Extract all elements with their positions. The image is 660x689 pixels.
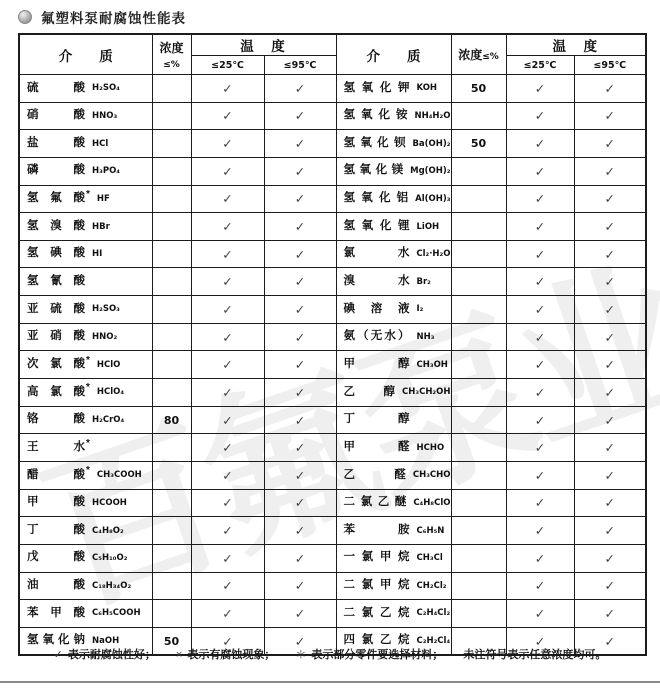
footnote-item: 未注符号表示任意浓度均可。 (463, 646, 606, 662)
bullet-icon (18, 10, 32, 24)
medium-name: 氢氧化铝 (344, 193, 409, 205)
medium-name: 二氯甲烷 (344, 580, 410, 592)
medium-name: 戊酸 (27, 552, 85, 564)
check-cell: ✓ (191, 102, 264, 130)
medium-cell: 氢氰酸 (19, 268, 152, 296)
concentration-cell (451, 406, 506, 434)
check-cell: ✓ (574, 323, 646, 351)
medium-name: 硝酸 (27, 110, 85, 122)
check-cell: ✓ (574, 572, 646, 600)
concentration-cell (451, 102, 506, 130)
check-cell: ✓ (506, 517, 574, 545)
chemical-formula: KOH (417, 83, 438, 93)
concentration-cell (451, 461, 506, 489)
chemical-formula: CH₂Cl₂ (417, 581, 447, 591)
check-cell: ✓ (506, 240, 574, 268)
chemical-formula: Al(OH)₃ (415, 194, 450, 204)
concentration-cell (451, 379, 506, 407)
star-mark: * (86, 356, 90, 366)
check-cell: ✓ (506, 434, 574, 462)
medium-wrap: 氨（无水）NH₃ (337, 331, 451, 343)
check-cell: ✓ (574, 517, 646, 545)
medium-cell: 碘溶液I₂ (336, 296, 451, 324)
chemical-formula: NH₃ (417, 332, 435, 342)
check-cell: ✓ (574, 185, 646, 213)
check-cell: ✓ (191, 600, 264, 628)
check-cell: ✓ (574, 351, 646, 379)
medium-cell: 氢氟酸*HF (19, 185, 152, 213)
concentration-cell (451, 213, 506, 241)
medium-name: 二氯乙烷 (344, 608, 410, 620)
check-cell: ✓ (506, 157, 574, 185)
check-cell: ✓ (506, 572, 574, 600)
medium-name: 乙醇 (344, 387, 396, 399)
table-row: 苯甲酸C₆H₅COOH✓✓二氯乙烷C₂H₄Cl₂✓✓ (19, 600, 646, 628)
chemical-formula: H₃PO₄ (92, 166, 120, 176)
medium-cell: 苯胺C₆H₅N (336, 517, 451, 545)
bottom-rule (0, 681, 660, 683)
medium-cell: 氢溴酸HBr (19, 213, 152, 241)
medium-wrap: 王水* (20, 442, 152, 454)
medium-cell: 氨（无水）NH₃ (336, 323, 451, 351)
chemical-formula: C₅H₁₀O₂ (92, 553, 127, 563)
medium-wrap: 氢氧化钾KOH (337, 83, 451, 95)
chemical-formula: Cl₂·H₂O (416, 249, 450, 259)
check-cell: ✓ (264, 185, 336, 213)
star-mark: * (86, 383, 90, 393)
medium-cell: 盐酸HCl (19, 130, 152, 158)
corrosion-table: 介 质 浓度≤% 温 度 介 质 浓度≤% 温 度 ≤25℃ ≤95℃ ≤25℃… (18, 33, 647, 656)
medium-cell: 次氯酸*HClO (19, 351, 152, 379)
check-cell: ✓ (191, 323, 264, 351)
medium-name: 氢氰酸 (27, 276, 85, 288)
check-cell: ✓ (191, 213, 264, 241)
table-row: 甲酸HCOOH✓✓二氯乙醚C₄H₈ClO✓✓ (19, 489, 646, 517)
medium-name: 次氯酸 (27, 359, 85, 371)
chemical-formula: HBr (92, 222, 110, 232)
medium-wrap: 氢氧化铵NH₄H₂O (337, 110, 451, 122)
medium-cell: 甲酸HCOOH (19, 489, 152, 517)
header-temp-95-right: ≤95℃ (574, 56, 646, 75)
check-cell: ✓ (506, 489, 574, 517)
footnote-item: ✓表示耐腐蚀性好； (54, 646, 156, 662)
check-cell: ✓ (191, 489, 264, 517)
concentration-cell (451, 351, 506, 379)
medium-name: 王水 (27, 442, 85, 454)
medium-cell: 磷酸H₃PO₄ (19, 157, 152, 185)
medium-name: 磷酸 (27, 165, 85, 177)
check-cell: ✓ (574, 75, 646, 103)
medium-cell: 氢氧化钾KOH (336, 75, 451, 103)
check-cell: ✓ (574, 157, 646, 185)
check-cell: ✓ (191, 544, 264, 572)
check-cell: ✓ (264, 157, 336, 185)
footnote-text: 表示耐腐蚀性好； (68, 649, 156, 661)
medium-cell: 溴水Br₂ (336, 268, 451, 296)
medium-cell: 甲醛HCHO (336, 434, 451, 462)
check-cell: ✓ (191, 240, 264, 268)
concentration-cell (152, 102, 191, 130)
check-cell: ✓ (506, 75, 574, 103)
medium-wrap: 硫酸H₂SO₄ (20, 83, 152, 95)
check-cell: ✓ (264, 572, 336, 600)
chemical-formula: HClO₄ (97, 387, 124, 397)
concentration-cell (451, 185, 506, 213)
medium-cell: 甲醇CH₃OH (336, 351, 451, 379)
medium-cell: 丁醇 (336, 406, 451, 434)
medium-name: 亚硝酸 (27, 331, 85, 343)
table-row: 次氯酸*HClO✓✓甲醇CH₃OH✓✓ (19, 351, 646, 379)
chemical-formula: Ba(OH)₂ (412, 139, 450, 149)
check-cell: ✓ (506, 296, 574, 324)
header-concentration-left: 浓度≤% (152, 34, 191, 75)
check-cell: ✓ (191, 268, 264, 296)
medium-wrap: 丁酸C₄H₈O₂ (20, 525, 152, 537)
chemical-formula: HCl (92, 139, 108, 149)
concentration-cell (152, 517, 191, 545)
table-row: 氢溴酸HBr✓✓氢氧化锂LiOH✓✓ (19, 213, 646, 241)
check-cell: ✓ (574, 434, 646, 462)
concentration-cell (152, 268, 191, 296)
check-cell: ✓ (264, 323, 336, 351)
page-title: 氟塑料泵耐腐蚀性能表 (41, 7, 186, 27)
concentration-cell (152, 240, 191, 268)
title-row: 氟塑料泵耐腐蚀性能表 (18, 7, 186, 27)
check-cell: ✓ (191, 351, 264, 379)
medium-name: 氢氧化镁 (344, 165, 404, 177)
chemical-formula: Br₂ (417, 277, 431, 287)
table-row: 戊酸C₅H₁₀O₂✓✓一氯甲烷CH₃Cl✓✓ (19, 544, 646, 572)
medium-name: 丁酸 (27, 525, 85, 537)
check-cell: ✓ (264, 600, 336, 628)
medium-name: 丁醇 (344, 414, 410, 426)
check-cell: ✓ (264, 461, 336, 489)
medium-name: 溴水 (344, 276, 410, 288)
concentration-cell (152, 379, 191, 407)
medium-wrap: 铬酸H₂CrO₄ (20, 414, 152, 426)
chemical-formula: NaOH (92, 636, 119, 646)
concentration-unit: ≤% (163, 60, 180, 70)
check-cell: ✓ (506, 351, 574, 379)
header-concentration-right: 浓度≤% (451, 34, 506, 75)
check-cell: ✓ (506, 323, 574, 351)
medium-cell: 二氯乙醚C₄H₈ClO (336, 489, 451, 517)
chemical-formula: NH₄H₂O (414, 111, 450, 121)
medium-name: 甲醇 (344, 359, 410, 371)
concentration-unit: ≤% (482, 52, 499, 62)
check-cell: ✓ (574, 379, 646, 407)
chemical-formula: H₂SO₃ (92, 304, 120, 314)
check-cell: ✓ (191, 379, 264, 407)
medium-wrap: 苯甲酸C₆H₅COOH (20, 608, 152, 620)
medium-wrap: 甲醇CH₃OH (337, 359, 451, 371)
document-page: 百氟泵业 氟塑料泵耐腐蚀性能表 介 质 浓度≤% 温 度 介 质 浓度≤% 温 … (0, 0, 660, 689)
medium-wrap: 二氯甲烷CH₂Cl₂ (337, 580, 451, 592)
check-cell: ✓ (574, 600, 646, 628)
medium-wrap: 二氯乙醚C₄H₈ClO (337, 497, 451, 509)
medium-wrap: 氢氧化钡Ba(OH)₂ (337, 138, 451, 150)
medium-name: 氢氧化铵 (344, 110, 408, 122)
chemical-formula: H₂CrO₄ (92, 415, 124, 425)
medium-name: 盐酸 (27, 138, 85, 150)
check-cell: ✓ (506, 544, 574, 572)
check-cell: ✓ (264, 351, 336, 379)
medium-cell: 铬酸H₂CrO₄ (19, 406, 152, 434)
medium-name: 氢氧化钾 (344, 83, 410, 95)
medium-cell: 亚硝酸HNO₂ (19, 323, 152, 351)
concentration-cell (152, 75, 191, 103)
header-temperature-left: 温 度 (191, 34, 336, 56)
table-header: 介 质 浓度≤% 温 度 介 质 浓度≤% 温 度 ≤25℃ ≤95℃ ≤25℃… (19, 34, 646, 75)
check-cell: ✓ (506, 379, 574, 407)
chemical-formula: Mg(OH)₂ (410, 166, 450, 176)
header-temp-95-left: ≤95℃ (264, 56, 336, 75)
check-cell: ✓ (191, 517, 264, 545)
medium-wrap: 醋酸*CH₃COOH (20, 470, 152, 482)
medium-wrap: 丁醇 (337, 414, 451, 426)
concentration-cell (451, 600, 506, 628)
table-row: 磷酸H₃PO₄✓✓氢氧化镁Mg(OH)₂✓✓ (19, 157, 646, 185)
header-temp-25-left: ≤25℃ (191, 56, 264, 75)
star-mark: * (86, 439, 90, 449)
medium-name: 油酸 (27, 580, 85, 592)
check-cell: ✓ (574, 296, 646, 324)
concentration-cell (451, 240, 506, 268)
concentration-cell (451, 323, 506, 351)
check-cell: ✓ (574, 461, 646, 489)
concentration-cell (451, 544, 506, 572)
check-cell: ✓ (191, 130, 264, 158)
medium-name: 氢氟酸 (27, 193, 85, 205)
medium-name: 乙醛 (344, 470, 406, 482)
medium-name: 甲醛 (344, 442, 410, 454)
check-cell: ✓ (506, 461, 574, 489)
table-row: 亚硫酸H₂SO₃✓✓碘溶液I₂✓✓ (19, 296, 646, 324)
check-cell: ✓ (191, 434, 264, 462)
check-cell: ✓ (264, 130, 336, 158)
check-cell: ✓ (191, 185, 264, 213)
header-medium-left: 介 质 (19, 34, 152, 75)
footnote-text: 未注符号表示任意浓度均可。 (463, 649, 606, 661)
check-cell: ✓ (574, 240, 646, 268)
check-cell: ✓ (264, 544, 336, 572)
medium-wrap: 次氯酸*HClO (20, 359, 152, 371)
medium-name: 苯胺 (344, 525, 410, 537)
concentration-cell (152, 351, 191, 379)
medium-name: 硫酸 (27, 83, 85, 95)
header-temp-25-right: ≤25℃ (506, 56, 574, 75)
table-row: 氢氰酸✓✓溴水Br₂✓✓ (19, 268, 646, 296)
medium-name: 碘溶液 (344, 304, 410, 316)
medium-wrap: 高氯酸*HClO₄ (20, 387, 152, 399)
medium-wrap: 乙醇CH₃CH₂OH (337, 387, 451, 399)
medium-wrap: 二氯乙烷C₂H₄Cl₂ (337, 608, 451, 620)
check-cell: ✓ (506, 600, 574, 628)
medium-wrap: 亚硫酸H₂SO₃ (20, 304, 152, 316)
medium-name: 一氯甲烷 (344, 552, 410, 564)
concentration-cell (152, 213, 191, 241)
concentration-cell: 80 (152, 406, 191, 434)
chemical-formula: C₂H₄Cl₂ (417, 608, 451, 618)
table-row: 硝酸HNO₃✓✓氢氧化铵NH₄H₂O✓✓ (19, 102, 646, 130)
concentration-cell (152, 600, 191, 628)
medium-name: 铬酸 (27, 414, 85, 426)
footnote-symbol: ＊ (295, 649, 306, 661)
concentration-cell (152, 185, 191, 213)
medium-name: 高氯酸 (27, 387, 85, 399)
concentration-cell (152, 296, 191, 324)
medium-name: 亚硫酸 (27, 304, 85, 316)
medium-wrap: 氢氰酸 (20, 276, 152, 288)
medium-wrap: 氢氧化锂LiOH (337, 221, 451, 233)
chemical-formula: I₂ (417, 304, 424, 314)
chemical-formula: CH₃CHO (413, 470, 451, 480)
medium-cell: 氢氧化铵NH₄H₂O (336, 102, 451, 130)
concentration-cell (152, 434, 191, 462)
chemical-formula: HNO₂ (92, 332, 117, 342)
medium-wrap: 氢碘酸HI (20, 248, 152, 260)
medium-name: 氢碘酸 (27, 248, 85, 260)
check-cell: ✓ (574, 213, 646, 241)
concentration-cell (152, 157, 191, 185)
medium-wrap: 盐酸HCl (20, 138, 152, 150)
concentration-cell: 50 (451, 75, 506, 103)
footnote-text: 表示有腐蚀现象； (187, 649, 275, 661)
medium-cell: 高氯酸*HClO₄ (19, 379, 152, 407)
medium-name: 二氯乙醚 (344, 497, 407, 509)
chemical-formula: LiOH (417, 222, 440, 232)
check-cell: ✓ (574, 130, 646, 158)
medium-wrap: 氢氟酸*HF (20, 193, 152, 205)
medium-wrap: 亚硝酸HNO₂ (20, 331, 152, 343)
check-cell: ✓ (574, 102, 646, 130)
footnote-symbol: ✓ (54, 649, 63, 661)
medium-cell: 乙醇CH₃CH₂OH (336, 379, 451, 407)
medium-name: 甲酸 (27, 497, 85, 509)
table-row: 亚硝酸HNO₂✓✓氨（无水）NH₃✓✓ (19, 323, 646, 351)
check-cell: ✓ (191, 296, 264, 324)
chemical-formula: H₂SO₄ (92, 83, 120, 93)
chemical-formula: HCOOH (92, 498, 127, 508)
table-row: 醋酸*CH₃COOH✓✓乙醛CH₃CHO✓✓ (19, 461, 646, 489)
check-cell: ✓ (264, 434, 336, 462)
chemical-formula: C₄H₈O₂ (92, 526, 124, 536)
check-cell: ✓ (574, 268, 646, 296)
concentration-cell (451, 572, 506, 600)
medium-wrap: 甲酸HCOOH (20, 497, 152, 509)
medium-cell: 丁酸C₄H₈O₂ (19, 517, 152, 545)
footnote-item: ＊表示部分零件要选择材料； (295, 646, 443, 662)
header-medium-right: 介 质 (336, 34, 451, 75)
medium-cell: 一氯甲烷CH₃Cl (336, 544, 451, 572)
check-cell: ✓ (191, 572, 264, 600)
medium-wrap: 戊酸C₅H₁₀O₂ (20, 552, 152, 564)
medium-wrap: 一氯甲烷CH₃Cl (337, 552, 451, 564)
check-cell: ✓ (506, 130, 574, 158)
check-cell: ✓ (191, 157, 264, 185)
check-cell: ✓ (264, 406, 336, 434)
medium-wrap: 甲醛HCHO (337, 442, 451, 454)
check-cell: ✓ (191, 406, 264, 434)
chemical-formula: CH₃COOH (97, 470, 142, 480)
medium-wrap: 氢溴酸HBr (20, 221, 152, 233)
check-cell: ✓ (574, 406, 646, 434)
concentration-label: 浓度 (159, 41, 183, 55)
concentration-cell (152, 572, 191, 600)
table-row: 油酸C₁₈H₃₄O₂✓✓二氯甲烷CH₂Cl₂✓✓ (19, 572, 646, 600)
medium-wrap: 氯水Cl₂·H₂O (337, 248, 451, 260)
table-row: 盐酸HCl✓✓氢氧化钡Ba(OH)₂50✓✓ (19, 130, 646, 158)
medium-cell: 氢碘酸HI (19, 240, 152, 268)
chemical-formula: HF (97, 194, 110, 204)
concentration-cell: 50 (451, 130, 506, 158)
medium-wrap: 氢氧化铝Al(OH)₃ (337, 193, 451, 205)
medium-cell: 乙醛CH₃CHO (336, 461, 451, 489)
medium-cell: 氯水Cl₂·H₂O (336, 240, 451, 268)
medium-cell: 氢氧化钡Ba(OH)₂ (336, 130, 451, 158)
check-cell: ✓ (264, 102, 336, 130)
check-cell: ✓ (264, 379, 336, 407)
footnotes: ✓表示耐腐蚀性好；×表示有腐蚀现象；＊表示部分零件要选择材料；未注符号表示任意浓… (0, 646, 660, 662)
check-cell: ✓ (506, 213, 574, 241)
concentration-cell (451, 268, 506, 296)
concentration-cell (152, 461, 191, 489)
medium-cell: 苯甲酸C₆H₅COOH (19, 600, 152, 628)
table-body: 硫酸H₂SO₄✓✓氢氧化钾KOH50✓✓硝酸HNO₃✓✓氢氧化铵NH₄H₂O✓✓… (19, 75, 646, 656)
table-row: 硫酸H₂SO₄✓✓氢氧化钾KOH50✓✓ (19, 75, 646, 103)
medium-cell: 醋酸*CH₃COOH (19, 461, 152, 489)
medium-name: 氢溴酸 (27, 221, 85, 233)
check-cell: ✓ (506, 268, 574, 296)
footnote-symbol: × (176, 649, 182, 661)
chemical-formula: CH₃OH (417, 360, 448, 370)
check-cell: ✓ (574, 544, 646, 572)
check-cell: ✓ (264, 75, 336, 103)
table-row: 丁酸C₄H₈O₂✓✓苯胺C₆H₅N✓✓ (19, 517, 646, 545)
chemical-formula: C₁₈H₃₄O₂ (92, 581, 131, 591)
medium-cell: 氢氧化铝Al(OH)₃ (336, 185, 451, 213)
concentration-cell (152, 130, 191, 158)
medium-cell: 硫酸H₂SO₄ (19, 75, 152, 103)
table-row: 铬酸H₂CrO₄80✓✓丁醇✓✓ (19, 406, 646, 434)
chemical-formula: C₆H₅COOH (92, 608, 141, 618)
chemical-formula: HNO₃ (92, 111, 117, 121)
medium-wrap: 磷酸H₃PO₄ (20, 165, 152, 177)
table-row: 氢碘酸HI✓✓氯水Cl₂·H₂O✓✓ (19, 240, 646, 268)
chemical-formula: C₆H₅N (417, 526, 445, 536)
concentration-cell (451, 517, 506, 545)
chemical-formula: CH₃CH₂OH (402, 387, 451, 397)
check-cell: ✓ (191, 461, 264, 489)
check-cell: ✓ (574, 489, 646, 517)
concentration-cell (152, 489, 191, 517)
medium-wrap: 碘溶液I₂ (337, 304, 451, 316)
check-cell: ✓ (264, 296, 336, 324)
footnote-item: ×表示有腐蚀现象； (176, 646, 275, 662)
footnote-text: 表示部分零件要选择材料； (311, 649, 443, 661)
medium-cell: 二氯甲烷CH₂Cl₂ (336, 572, 451, 600)
medium-cell: 王水* (19, 434, 152, 462)
check-cell: ✓ (264, 489, 336, 517)
medium-wrap: 苯胺C₆H₅N (337, 525, 451, 537)
chemical-formula: HCHO (417, 443, 445, 453)
check-cell: ✓ (506, 185, 574, 213)
check-cell: ✓ (264, 240, 336, 268)
medium-cell: 二氯乙烷C₂H₄Cl₂ (336, 600, 451, 628)
medium-name: 氢氧化钡 (344, 138, 406, 150)
medium-name: 苯甲酸 (27, 608, 85, 620)
medium-wrap: 乙醛CH₃CHO (337, 470, 451, 482)
